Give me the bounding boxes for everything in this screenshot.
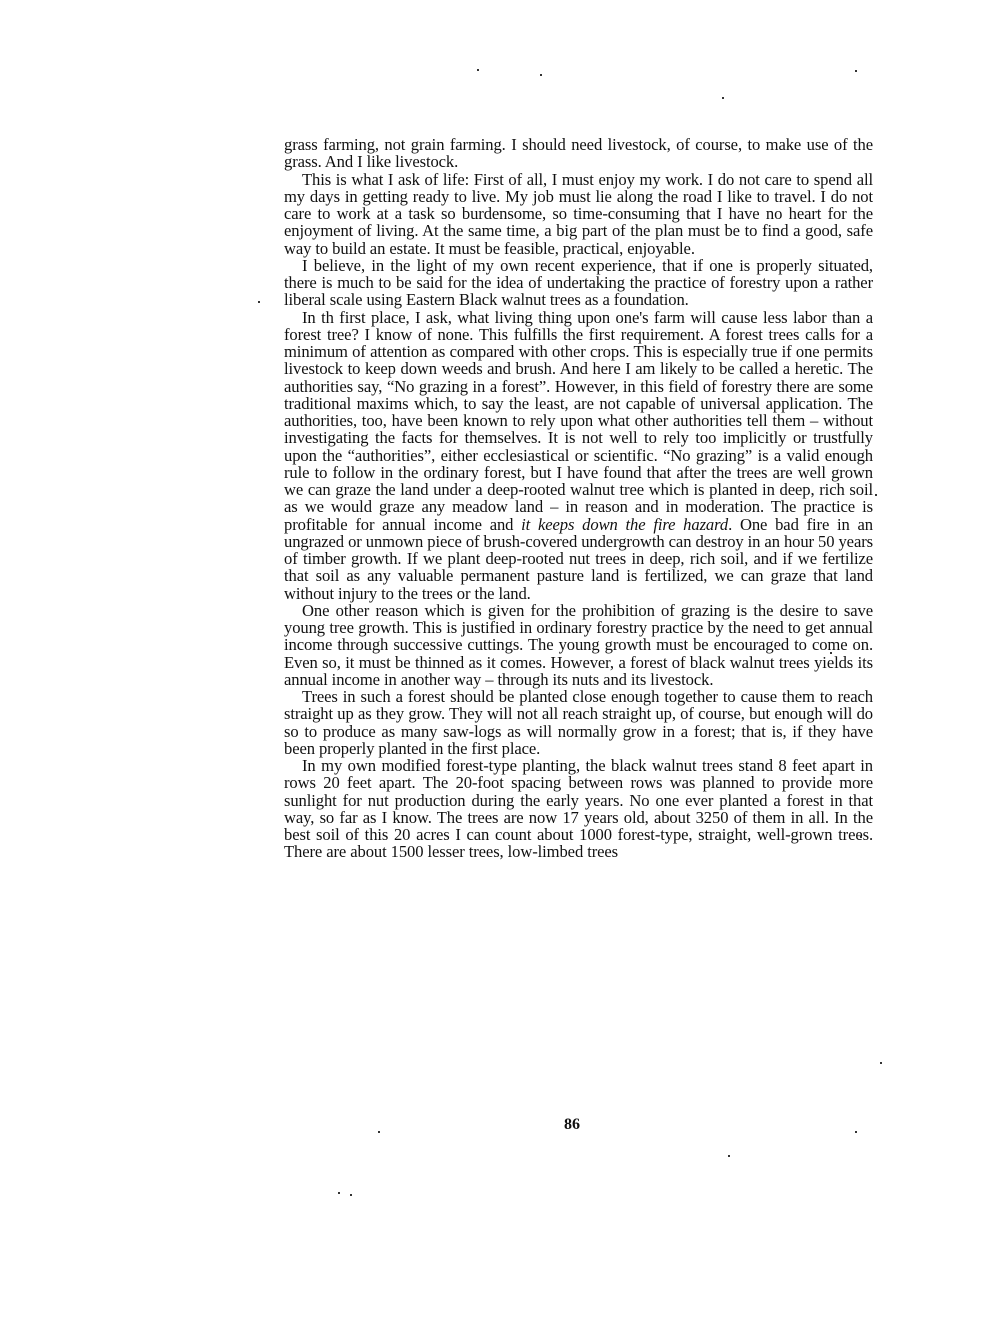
paragraph-5: One other reason which is given for the … — [284, 602, 873, 688]
scan-speck — [378, 1131, 380, 1133]
paragraph-4: In th first place, I ask, what living th… — [284, 309, 873, 602]
paragraph-7: In my own modified forest-type planting,… — [284, 757, 873, 861]
paragraph-2: This is what I ask of life: First of all… — [284, 171, 873, 257]
document-page: grass farming, not grain farming. I shou… — [0, 0, 1000, 1325]
paragraph-1: grass farming, not grain farming. I shou… — [284, 136, 873, 171]
scan-speck — [728, 1155, 730, 1157]
scan-speck — [350, 1194, 352, 1196]
scan-speck — [338, 1192, 340, 1194]
scan-speck — [477, 69, 479, 71]
scan-speck — [855, 70, 857, 72]
paragraph-4-text-a: In th first place, I ask, what living th… — [284, 308, 873, 534]
scan-speck — [875, 494, 877, 496]
scan-speck — [722, 97, 724, 99]
scan-speck — [830, 652, 832, 654]
scan-speck — [540, 74, 542, 76]
scan-speck — [860, 836, 862, 838]
page-number: 86 — [552, 1116, 592, 1134]
body-text: grass farming, not grain farming. I shou… — [284, 136, 873, 861]
paragraph-4-italic-emphasis: it keeps down the fire hazard — [521, 515, 728, 534]
scan-speck — [258, 301, 260, 303]
paragraph-3: I believe, in the light of my own recent… — [284, 257, 873, 309]
scan-speck — [880, 1062, 882, 1064]
paragraph-6: Trees in such a forest should be planted… — [284, 688, 873, 757]
scan-speck — [855, 1131, 857, 1133]
